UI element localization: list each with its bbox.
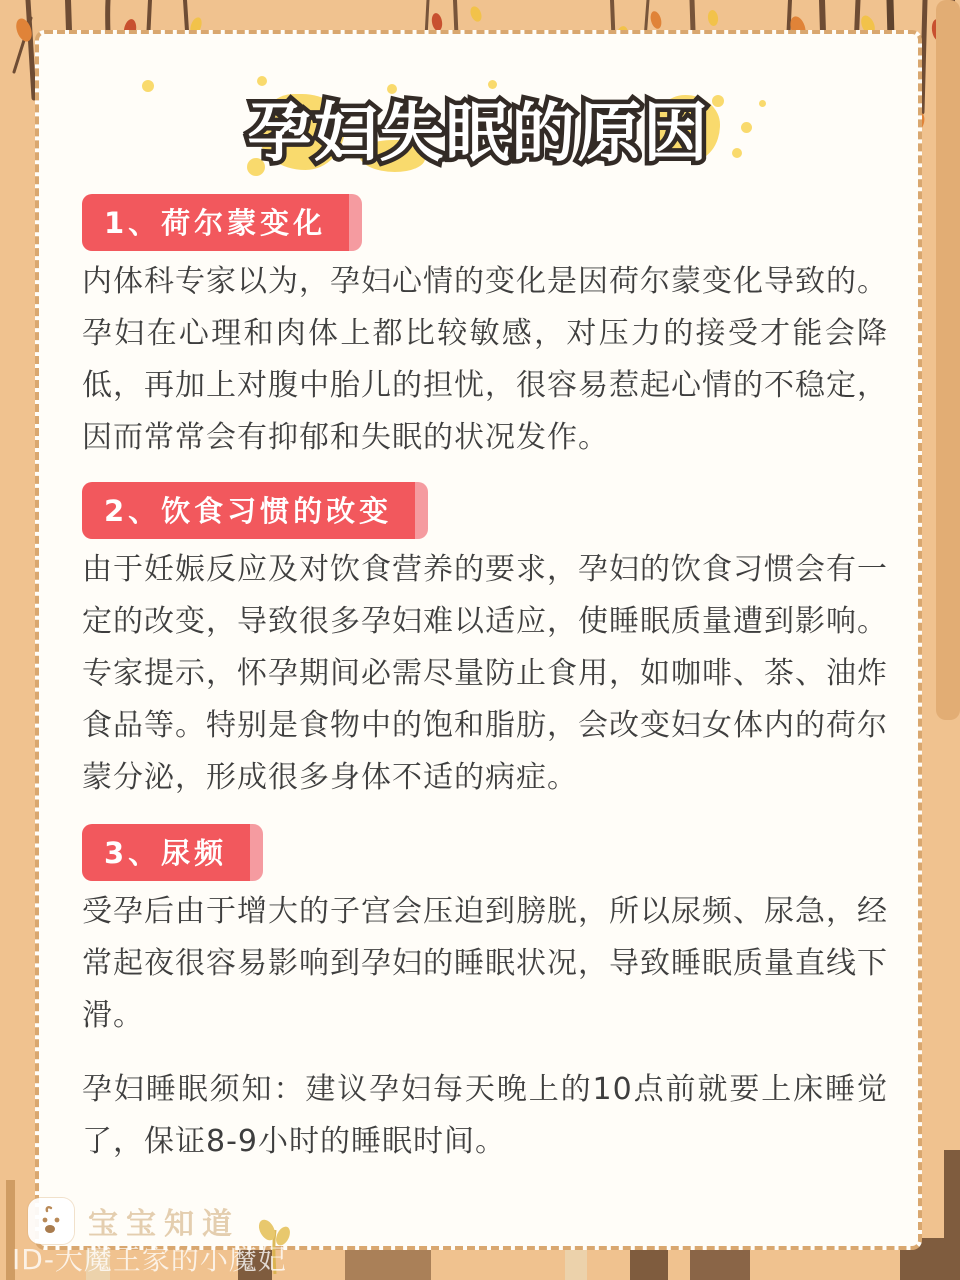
page-title: 孕妇失眠的原因 xyxy=(39,82,918,186)
content-card: 孕妇失眠的原因 孕妇失眠的原因 1、荷尔蒙变化 内体科专家以为，孕妇心情的变化是… xyxy=(35,30,922,1250)
watermark-id-text: ID-大魔王家的小魔妃 xyxy=(12,1238,287,1278)
title-block: 孕妇失眠的原因 孕妇失眠的原因 xyxy=(39,82,918,194)
sleep-advice-note: 孕妇睡眠须知：建议孕妇每天晚上的10点前就要上床睡觉了，保证8-9小时的睡眠时间… xyxy=(82,1064,888,1168)
watermark-logo-text: 宝宝知道 xyxy=(88,1199,240,1243)
section-body-diet-change: 由于妊娠反应及对饮食营养的要求，孕妇的饮食习惯会有一定的改变，导致很多孕妇难以适… xyxy=(82,544,888,804)
section-heading-label: 1、荷尔蒙变化 xyxy=(104,206,326,240)
section-body-frequent-urination: 受孕后由于增大的子宫会压迫到膀胱，所以尿频、尿急，经常起夜很容易影响到孕妇的睡眠… xyxy=(82,886,888,1042)
infographic-canvas: 孕妇失眠的原因 孕妇失眠的原因 1、荷尔蒙变化 内体科专家以为，孕妇心情的变化是… xyxy=(0,0,960,1280)
section-heading-label: 2、饮食习惯的改变 xyxy=(104,494,392,528)
section-body-hormone-change: 内体科专家以为，孕妇心情的变化是因荷尔蒙变化导致的。孕妇在心理和肉体上都比较敏感… xyxy=(82,256,888,464)
section-heading-diet-change: 2、饮食习惯的改变 xyxy=(82,482,428,539)
section-heading-label: 3、尿频 xyxy=(104,836,227,870)
section-heading-frequent-urination: 3、尿频 xyxy=(82,824,263,881)
section-heading-hormone-change: 1、荷尔蒙变化 xyxy=(82,194,362,251)
